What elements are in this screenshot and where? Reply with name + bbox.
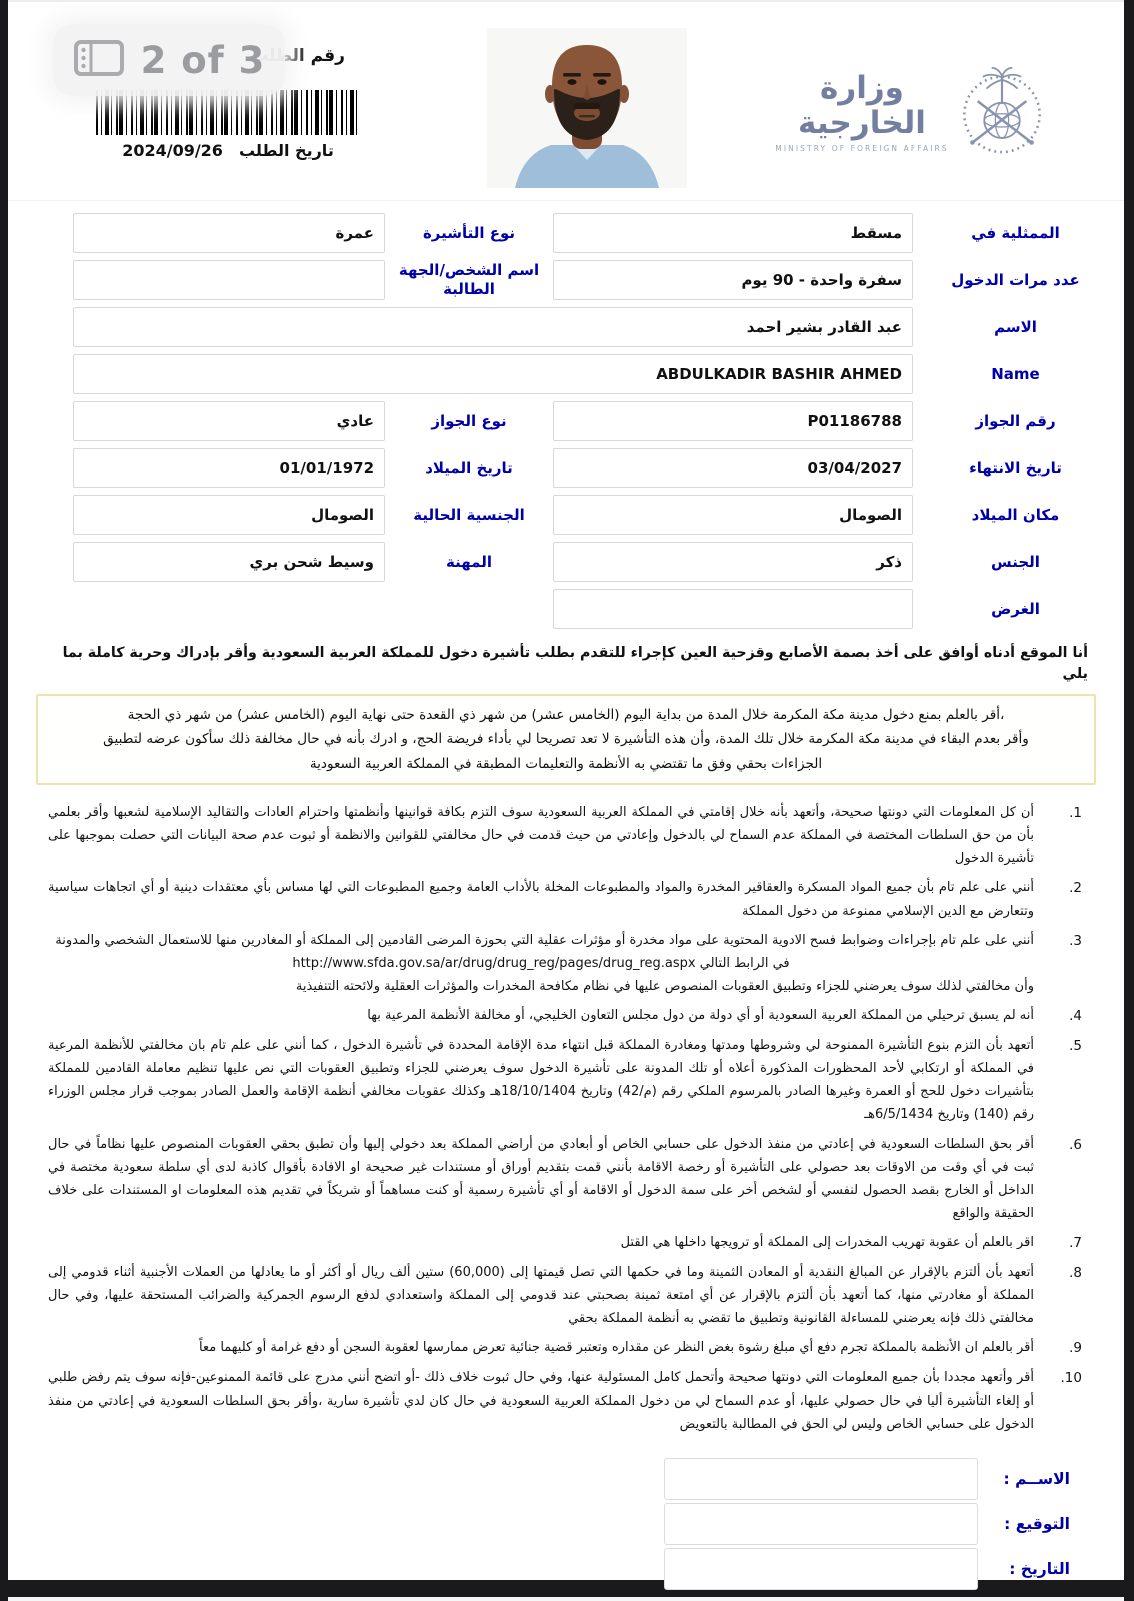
term-text: أتعهد بأن التزم بنوع التأشيرة الممنوحة ل… [48,1034,1034,1127]
term-number: .7 [1050,1231,1082,1255]
form-row-passport: رقم الجواز P01186788 نوع الجواز عادي [8,401,1118,441]
occupation-label: المهنة [385,553,553,572]
occupation-field[interactable]: وسيط شحن بري [73,542,385,582]
page-indicator-label: 2 of 3 [141,39,266,82]
makkah-notice-line3: الجزاءات بحقي وفق ما تقتضي به الأنظمة وا… [48,752,1084,776]
term-text: أنني على علم تام بأن جميع المواد المسكرة… [48,876,1034,922]
birth-date-label: تاريخ الميلاد [385,459,553,478]
term-item-6: .6 أقر بحق السلطات السعودية في إعادتي من… [48,1133,1082,1226]
requester-field[interactable] [73,260,385,300]
representation-label: الممثلية في [913,224,1118,243]
ministry-logo: وزارة الخارجية MINISTRY OF FOREIGN AFFAI… [774,60,1050,164]
term-number: .5 [1050,1034,1082,1127]
terms-list: .1 أن كل المعلومات التي دونتها صحيحة، وأ… [48,801,1082,1436]
sfda-url: في الرابط التالي http://www.sfda.gov.sa/… [48,952,1034,975]
birth-date-field[interactable]: 01/01/1972 [73,448,385,488]
next-page-edge [8,1597,1124,1601]
makkah-notice-line1: ،أقر بالعلم بمنع دخول مدينة مكة المكرمة … [48,703,1084,727]
visa-form: الممثلية في مسقط نوع التأشيرة عمرة عدد م… [8,200,1124,629]
visa-type-field[interactable]: عمرة [73,213,385,253]
term-number: .6 [1050,1133,1082,1226]
occupation-value: وسيط شحن بري [250,553,374,571]
form-row-name-english: Name ABDULKADIR BASHIR AHMED [8,354,1118,394]
passport-number-value: P01186788 [808,412,903,430]
signature-sign-field[interactable] [664,1503,978,1545]
signature-sign-label: التوقيع : [992,1515,1070,1533]
term-item-3: .3 أنني على علم تام بإجراءات وضوابط فسح … [48,929,1082,998]
request-date-value: 2024/09/26 [122,141,223,160]
term-item-8: .8 أتعهد بأن ألتزم بالإقرار عن المبالغ ا… [48,1261,1082,1330]
term-number: .10 [1050,1366,1082,1435]
term-item-5: .5 أتعهد بأن التزم بنوع التأشيرة الممنوح… [48,1034,1082,1127]
name-arabic-label: الاسم [913,318,1118,337]
expiry-date-field[interactable]: 03/04/2027 [553,448,913,488]
birth-place-field[interactable]: الصومال [553,495,913,535]
term-text: أقر بحق السلطات السعودية في إعادتي من من… [48,1133,1034,1226]
term-item-4: .4 أنه لم يسبق ترحيلي من المملكة العربية… [48,1004,1082,1028]
document-header: رقم الطلب 2 of 3 تاريخ الطلب 2024/09/26 [8,2,1124,200]
term-text: اقر بالعلم أن عقوبة تهريب المخدرات إلى ا… [48,1231,1034,1255]
makkah-notice-line2: وأقر بعدم البقاء في مدينة مكة المكرمة خل… [48,727,1084,751]
visa-type-label: نوع التأشيرة [385,224,553,243]
signature-row-date: التاريخ : [8,1548,1070,1590]
term-item-10: .10 أقر وأتعهد مجددا بأن جميع المعلومات … [48,1366,1082,1435]
term-number: .8 [1050,1261,1082,1330]
visa-application-page: رقم الطلب 2 of 3 تاريخ الطلب 2024/09/26 [8,0,1124,1580]
birth-date-value: 01/01/1972 [280,459,374,477]
birth-place-value: الصومال [839,506,902,524]
signature-name-label: الاســم : [992,1470,1070,1488]
term-text: أتعهد بأن ألتزم بالإقرار عن المبالغ النق… [48,1261,1034,1330]
nationality-value: الصومال [311,506,374,524]
signature-row-signature: التوقيع : [8,1503,1070,1545]
name-english-field[interactable]: ABDULKADIR BASHIR AHMED [73,354,913,394]
term-text: أقر بالعلم ان الأنظمة بالمملكة تجرم دفع … [48,1336,1034,1360]
term-number: .2 [1050,876,1082,922]
entries-value: سفرة واحدة - 90 يوم [741,271,902,289]
nationality-field[interactable]: الصومال [73,495,385,535]
signature-name-field[interactable] [664,1458,978,1500]
entries-field[interactable]: سفرة واحدة - 90 يوم [553,260,913,300]
term-text-part2: وأن مخالفتي لذلك سوف يعرضني للجزاء وتطبي… [296,979,1034,994]
purpose-field[interactable] [553,589,913,629]
representation-field[interactable]: مسقط [553,213,913,253]
visa-type-value: عمرة [336,224,375,242]
name-arabic-field[interactable]: عبد القادر بشير احمد [73,307,913,347]
ministry-logo-text: وزارة الخارجية MINISTRY OF FOREIGN AFFAI… [774,71,950,152]
form-row-dates: تاريخ الانتهاء 03/04/2027 تاريخ الميلاد … [8,448,1118,488]
applicant-photo [487,28,687,188]
term-text: أنني على علم تام بإجراءات وضوابط فسح الا… [48,929,1034,998]
signature-date-field[interactable] [664,1548,978,1590]
form-row-gender: الجنس ذكر المهنة وسيط شحن بري [8,542,1118,582]
makkah-notice: ،أقر بالعلم بمنع دخول مدينة مكة المكرمة … [36,694,1096,785]
term-item-2: .2 أنني على علم تام بأن جميع المواد المس… [48,876,1082,922]
term-item-9: .9 أقر بالعلم ان الأنظمة بالمملكة تجرم د… [48,1336,1082,1360]
barcode [96,90,358,135]
term-number: .9 [1050,1336,1082,1360]
name-arabic-value: عبد القادر بشير احمد [747,318,902,336]
purpose-label: الغرض [913,600,1118,619]
passport-type-label: نوع الجواز [385,412,553,431]
term-number: .4 [1050,1004,1082,1028]
term-number: .3 [1050,929,1082,998]
form-row-entries: عدد مرات الدخول سفرة واحدة - 90 يوم اسم … [8,260,1118,300]
request-date: تاريخ الطلب 2024/09/26 [86,141,370,160]
term-number: .1 [1050,801,1082,870]
saudi-emblem-icon [954,60,1050,164]
gender-label: الجنس [913,553,1118,572]
form-row-birthplace: مكان الميلاد الصومال الجنسية الحالية الص… [8,495,1118,535]
passport-type-field[interactable]: عادي [73,401,385,441]
term-text: أقر وأتعهد مجددا بأن جميع المعلومات التي… [48,1366,1034,1435]
term-text: أنه لم يسبق ترحيلي من المملكة العربية ال… [48,1004,1034,1028]
name-english-label: Name [913,365,1118,384]
form-row-name-arabic: الاسم عبد القادر بشير احمد [8,307,1118,347]
nationality-label: الجنسية الحالية [385,506,553,525]
entries-label: عدد مرات الدخول [913,271,1118,290]
gender-field[interactable]: ذكر [553,542,913,582]
passport-number-field[interactable]: P01186788 [553,401,913,441]
term-text-part1: أنني على علم تام بإجراءات وضوابط فسح الا… [55,933,1034,948]
birth-place-label: مكان الميلاد [913,506,1118,525]
signature-date-label: التاريخ : [992,1560,1070,1578]
gender-value: ذكر [876,553,902,571]
sidebar-pages-icon [73,39,125,81]
signature-row-name: الاســم : [8,1458,1070,1500]
declaration-heading: أنا الموقع أدناه أوافق على أخذ بصمة الأص… [38,643,1088,686]
signature-block: الاســم : التوقيع : التاريخ : [8,1458,1124,1590]
requester-label: اسم الشخص/الجهة الطالبة [385,261,553,299]
term-item-1: .1 أن كل المعلومات التي دونتها صحيحة، وأ… [48,801,1082,870]
name-english-value: ABDULKADIR BASHIR AHMED [656,365,902,383]
request-date-label: تاريخ الطلب [239,141,334,160]
term-text: أن كل المعلومات التي دونتها صحيحة، وأتعه… [48,801,1034,870]
form-row-purpose: الغرض [8,589,1118,629]
form-row-representation: الممثلية في مسقط نوع التأشيرة عمرة [8,213,1118,253]
term-item-7: .7 اقر بالعلم أن عقوبة تهريب المخدرات إل… [48,1231,1082,1255]
expiry-date-value: 03/04/2027 [808,459,902,477]
expiry-date-label: تاريخ الانتهاء [913,459,1118,478]
passport-number-label: رقم الجواز [913,412,1118,431]
representation-value: مسقط [851,224,902,242]
ministry-name-arabic: وزارة الخارجية [774,71,950,139]
passport-type-value: عادي [337,412,374,430]
ministry-name-english: MINISTRY OF FOREIGN AFFAIRS [774,144,950,153]
page-indicator: 2 of 3 [53,24,285,96]
